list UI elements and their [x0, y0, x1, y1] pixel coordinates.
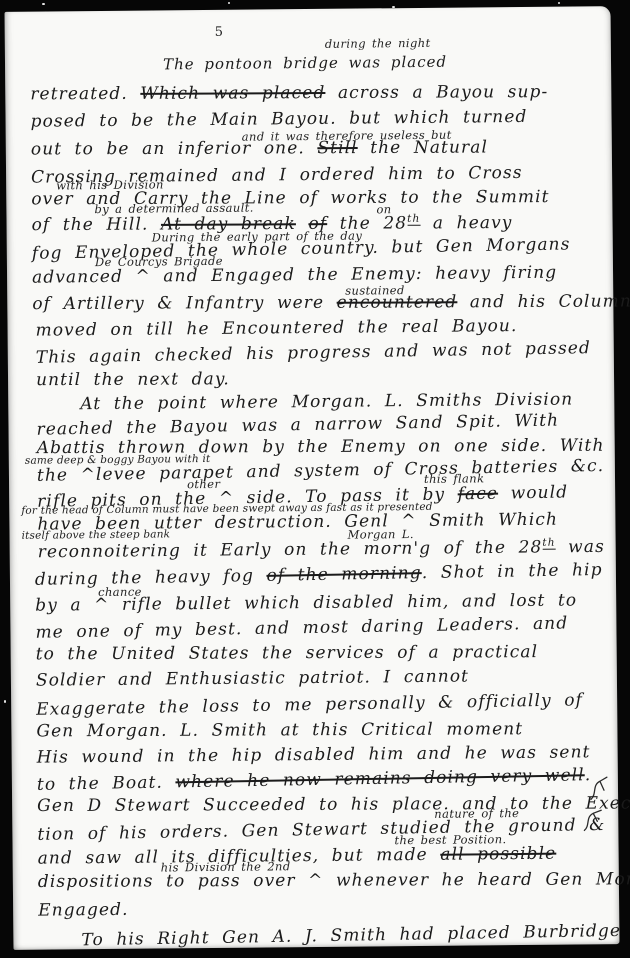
text-segment: the Natural [358, 137, 488, 158]
text-segment: out to be an inferior one. [31, 138, 318, 159]
text-segment: To his Right Gen A. J. Smith had placed … [81, 921, 621, 950]
manuscript-line: me one of my best. and most daring Leade… [35, 615, 568, 641]
text-segment: posed to be the Main Bayou. but which tu… [30, 107, 527, 132]
text-segment: during the night [325, 36, 431, 51]
manuscript-line: His wound in the hip disabled him and he… [37, 744, 591, 766]
struck-text: all possible [440, 844, 556, 865]
text-segment: and his Column [457, 291, 630, 312]
text-segment: . [585, 765, 592, 785]
struck-text: of the morning [266, 563, 422, 586]
manuscript-line: of Artillery & Infantry were encountered… [32, 293, 630, 313]
text-segment: advanced ^ and Engaged the Enemy: heavy … [32, 263, 557, 288]
struck-text: face [458, 484, 499, 505]
marginal-note: itself above the steep bank [21, 529, 170, 541]
manuscript-line: This again checked his progress and was … [36, 340, 591, 367]
text-segment: a heavy [420, 213, 512, 233]
text-segment: Soldier and Enthusiastic patriot. I cann… [36, 667, 469, 691]
text-segment: reconnoitering it Early on the morn'g of… [38, 537, 543, 562]
text-segment: across a Bayou sup- [325, 82, 548, 103]
text-segment: At the point where Morgan. L. Smiths Div… [80, 389, 573, 414]
manuscript-line: reached the Bayou was a narrow Sand Spit… [36, 413, 559, 439]
text-segment: The pontoon bridge was placed [163, 53, 447, 74]
superscript-text: th [542, 537, 555, 550]
manuscript-line: retreated. Which was placed across a Bay… [30, 84, 548, 103]
text-segment: itself above the steep bank [21, 528, 170, 541]
manuscript-line: moved on till he Encountered the real Ba… [35, 318, 517, 340]
text-segment: tion of his orders. Gen Stewart studied … [37, 815, 605, 845]
text-segment: retreated. [30, 84, 140, 104]
text-segment: 5 [215, 25, 223, 40]
struck-text: encountered [337, 292, 458, 313]
text-segment: Gen D Stewart Succeeded to his place. an… [37, 793, 630, 816]
text-segment: dispositions to pass over ^ whenever he … [38, 869, 630, 892]
text-segment: by a ^ rifle bullet which disabled him, … [35, 590, 577, 615]
text-segment: to the United States the services of a p… [36, 642, 539, 664]
text-segment: during the heavy fog [35, 566, 267, 590]
film-speck [42, 3, 45, 5]
text-segment: Engaged. [38, 900, 129, 921]
manuscript-line: to the United States the services of a p… [36, 644, 539, 663]
film-speck [4, 700, 6, 703]
manuscript-line: advanced ^ and Engaged the Enemy: heavy … [32, 265, 557, 287]
text-segment: His wound in the hip disabled him and he… [37, 742, 591, 767]
text-segment: Gen Morgan. L. Smith at this Critical mo… [36, 719, 523, 741]
manuscript-page: 5during the nightThe pontoon bridge was … [5, 6, 620, 950]
text-segment: until the next day. [36, 369, 230, 390]
manuscript-line: to the Boat. where he now remains doing … [37, 767, 592, 794]
manuscript-line: Soldier and Enthusiastic patriot. I cann… [36, 669, 469, 690]
manuscript-line: reconnoitering it Early on the morn'g of… [38, 537, 605, 561]
manuscript-line: tion of his orders. Gen Stewart studied … [37, 817, 605, 844]
struck-text: Still [317, 138, 357, 158]
text-segment: of Artillery & Infantry were [32, 293, 336, 314]
manuscript-line: dispositions to pass over ^ whenever he … [38, 871, 630, 891]
text-segment: was [556, 537, 605, 557]
interlinear-insertion: during the night [325, 38, 431, 51]
struck-text: Which was placed [140, 83, 325, 104]
manuscript-line: To his Right Gen A. J. Smith had placed … [81, 923, 621, 949]
superscript-text: th [407, 213, 420, 226]
manuscript-line: by a ^ rifle bullet which disabled him, … [35, 592, 577, 614]
text-segment: moved on till he Encountered the real Ba… [35, 316, 517, 341]
text-segment: of the Hill. [32, 215, 162, 236]
manuscript-line: out to be an inferior one. Still the Nat… [31, 139, 488, 158]
manuscript-line: Gen Morgan. L. Smith at this Critical mo… [36, 721, 523, 740]
manuscript-line: posed to be the Main Bayou. but which tu… [30, 109, 527, 131]
manuscript-line: until the next day. [36, 371, 230, 389]
film-speck [228, 2, 230, 4]
manuscript-line: At the point where Morgan. L. Smiths Div… [80, 391, 573, 413]
film-background: 5during the nightThe pontoon bridge was … [0, 0, 630, 958]
manuscript-line: Engaged. [38, 902, 129, 920]
text-segment: . Shot in the hip [422, 560, 603, 583]
text-segment: Exaggerate the loss to me personally & o… [36, 690, 583, 720]
film-speck [558, 2, 560, 4]
text-segment: would [498, 482, 568, 503]
struck-text: where he now remains doing very well [175, 765, 585, 792]
manuscript-line: Gen D Stewart Succeeded to his place. an… [37, 795, 630, 815]
text-segment: to the Boat. [37, 772, 176, 794]
text-segment: me one of my best. and most daring Leade… [35, 613, 568, 642]
manuscript-line: and saw all its difficulties, but made a… [38, 846, 557, 868]
manuscript-line: Exaggerate the loss to me personally & o… [36, 692, 583, 719]
page-number: 5 [215, 26, 223, 39]
text-segment: This again checked his progress and was … [36, 338, 591, 368]
interlinear-insertion: The pontoon bridge was placed [163, 55, 447, 73]
